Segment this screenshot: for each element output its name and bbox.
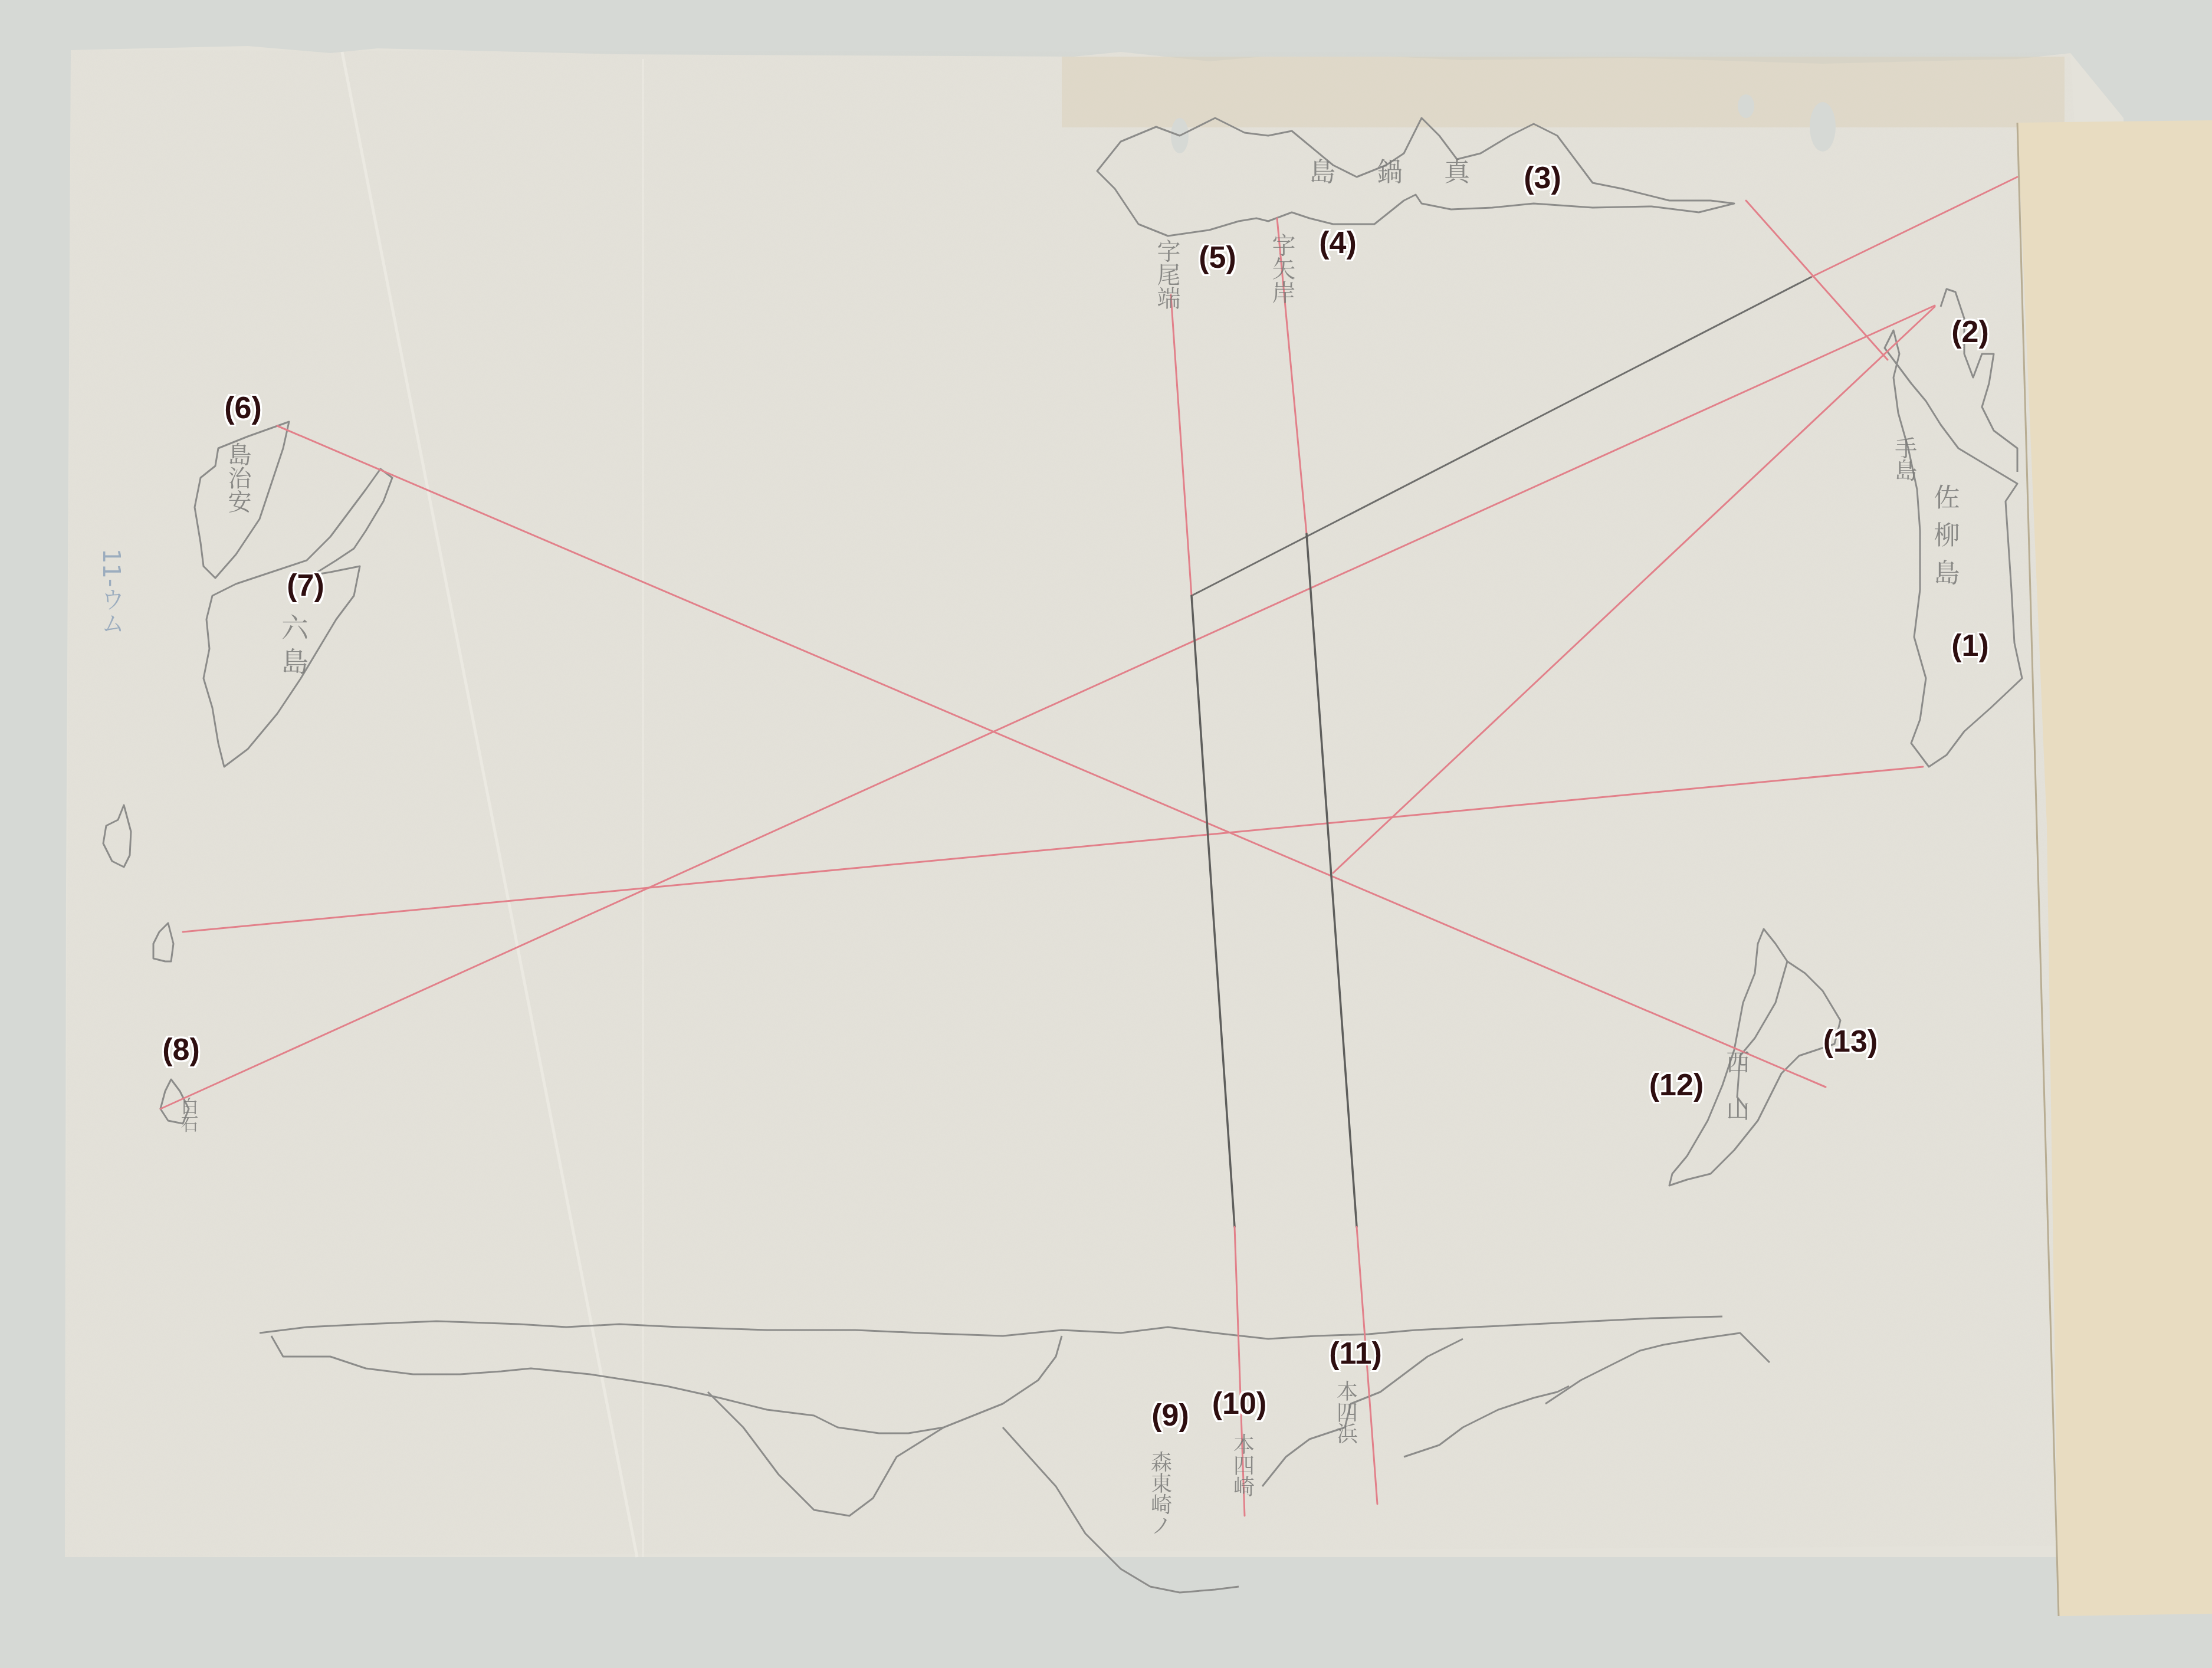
annotation-label-3: (3): [1524, 163, 1561, 193]
annotation-label-9: (9): [1151, 1400, 1189, 1431]
map-canvas: [0, 0, 2212, 1668]
place-name-island-12-13: 西山: [1722, 1050, 1750, 1144]
annotation-label-13: (13): [1823, 1026, 1878, 1057]
annotation-label-12: (12): [1649, 1070, 1704, 1101]
place-name-roku-shima: 六島: [277, 613, 309, 682]
annotation-label-10: (10): [1212, 1388, 1266, 1419]
place-name-coast-11: 本四浜: [1333, 1380, 1357, 1444]
place-name-maguro-jima: 島 鍋 真: [1310, 158, 1486, 188]
map-document: 島 鍋 真 佐柳島 手島 字尾端 字矢岸 島治安 六島 白石 西山 森東崎ノ 本…: [0, 0, 2212, 1668]
paper-grain: [65, 50, 2156, 1557]
paper-hole: [1738, 94, 1754, 118]
annotation-label-2: (2): [1951, 317, 1989, 347]
annotation-label-7: (7): [287, 570, 324, 601]
annotation-label-11: (11): [1329, 1338, 1382, 1369]
place-name-te-shima: 手島: [1891, 436, 1916, 481]
place-name-coast-9: 森東崎ノ: [1147, 1451, 1171, 1536]
margin-note: 11-ウム: [94, 549, 128, 634]
place-name-island-6: 島治安: [224, 442, 251, 513]
top-stain: [1062, 57, 2065, 127]
annotation-label-8: (8): [162, 1035, 200, 1065]
annotation-label-5: (5): [1199, 242, 1236, 273]
place-name-uoshima-north: 字尾端: [1153, 239, 1180, 310]
annotation-label-1: (1): [1951, 631, 1989, 661]
annotation-label-6: (6): [224, 393, 262, 423]
paper-hole: [1810, 102, 1836, 152]
place-name-island-8: 白石: [177, 1097, 198, 1132]
place-name-uoshima-tip: 字矢岸: [1268, 233, 1295, 304]
place-name-sadayanagi-jima: 佐柳島: [1929, 484, 1959, 597]
place-name-coast-10: 本四崎: [1230, 1433, 1254, 1497]
annotation-label-4: (4): [1319, 228, 1357, 258]
